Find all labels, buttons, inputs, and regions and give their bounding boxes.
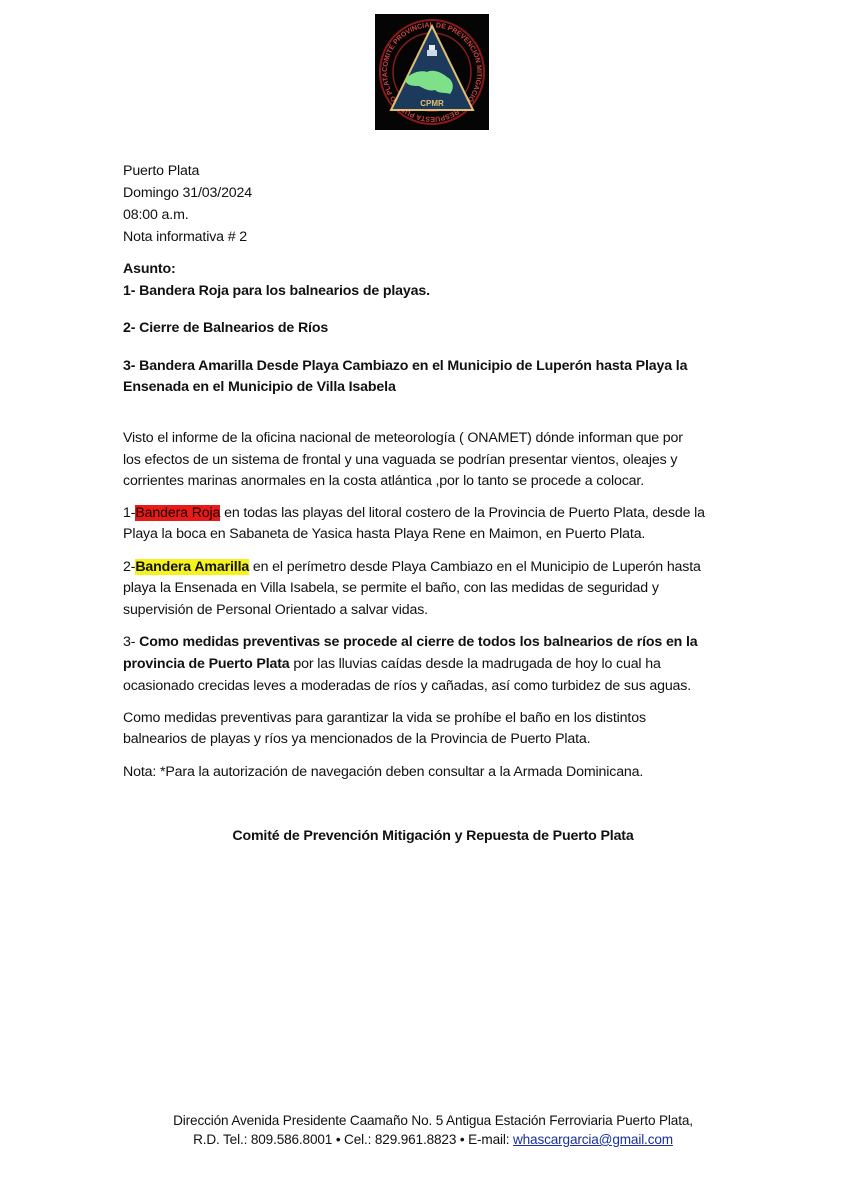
- navigation-note: Nota: *Para la autorización de navegació…: [123, 761, 643, 783]
- svg-text:CPMR: CPMR: [420, 99, 444, 108]
- intro-line: Visto el informe de la oficina nacional …: [123, 427, 683, 449]
- point1-line1: 1-Bandera Roja en todas las playas del l…: [123, 502, 705, 524]
- prohibition-line: Como medidas preventivas para garantizar…: [123, 707, 646, 729]
- yellow-flag-highlight: Bandera Amarilla: [135, 559, 249, 575]
- intro-line: los efectos de un sistema de frontal y u…: [123, 449, 677, 471]
- point3-bold-cont: provincia de Puerto Plata: [123, 656, 290, 672]
- point3-line3: ocasionado crecidas leves a moderadas de…: [123, 675, 691, 697]
- time: 08:00 a.m.: [123, 204, 189, 226]
- point3-line1: 3- Como medidas preventivas se procede a…: [123, 631, 698, 653]
- point3-text: por las lluvias caídas desde la madrugad…: [290, 656, 661, 672]
- subject-item-1: 1- Bandera Roja para los balnearios de p…: [123, 280, 430, 302]
- email-link[interactable]: whascargarcia@gmail.com: [513, 1132, 673, 1147]
- point2-line3: supervisión de Personal Orientado a salv…: [123, 599, 428, 621]
- point3-prefix: 3-: [123, 634, 139, 650]
- subject-item-2: 2- Cierre de Balnearios de Ríos: [123, 317, 328, 339]
- point1-prefix: 1-: [123, 505, 135, 521]
- point1-text: en todas las playas del litoral costero …: [220, 505, 705, 521]
- emblem-icon: COMITÉ PROVINCIAL DE PREVENCIÓN MITIGACI…: [375, 14, 489, 130]
- footer-address: Dirección Avenida Presidente Caamaño No.…: [0, 1111, 866, 1130]
- point2-text: en el perímetro desde Playa Cambiazo en …: [249, 559, 701, 575]
- point1-line2: Playa la boca en Sabaneta de Yasica hast…: [123, 523, 645, 545]
- signature: Comité de Prevención Mitigación y Repues…: [0, 825, 866, 847]
- red-flag-highlight: Bandera Roja: [135, 505, 220, 521]
- subject-item-3: 3- Bandera Amarilla Desde Playa Cambiazo…: [123, 355, 687, 377]
- point2-line1: 2-Bandera Amarilla en el perímetro desde…: [123, 556, 701, 578]
- point2-prefix: 2-: [123, 559, 135, 575]
- intro-line: corrientes marinas anormales en la costa…: [123, 470, 644, 492]
- footer-contacts: R.D. Tel.: 809.586.8001 • Cel.: 829.961.…: [0, 1130, 866, 1149]
- note-number: Nota informativa # 2: [123, 226, 247, 248]
- point3-line2: provincia de Puerto Plata por las lluvia…: [123, 653, 661, 675]
- point3-bold: Como medidas preventivas se procede al c…: [139, 634, 697, 650]
- cpmr-logo: COMITÉ PROVINCIAL DE PREVENCIÓN MITIGACI…: [375, 14, 489, 130]
- prohibition-line: balnearios de playas y ríos ya mencionad…: [123, 728, 590, 750]
- point2-line2: playa la Ensenada en Villa Isabela, se p…: [123, 577, 659, 599]
- subject-label: Asunto:: [123, 258, 176, 280]
- location: Puerto Plata: [123, 160, 199, 182]
- subject-item-3-cont: Ensenada en el Municipio de Villa Isabel…: [123, 376, 396, 398]
- footer-phones: R.D. Tel.: 809.586.8001 • Cel.: 829.961.…: [193, 1132, 513, 1147]
- date: Domingo 31/03/2024: [123, 182, 252, 204]
